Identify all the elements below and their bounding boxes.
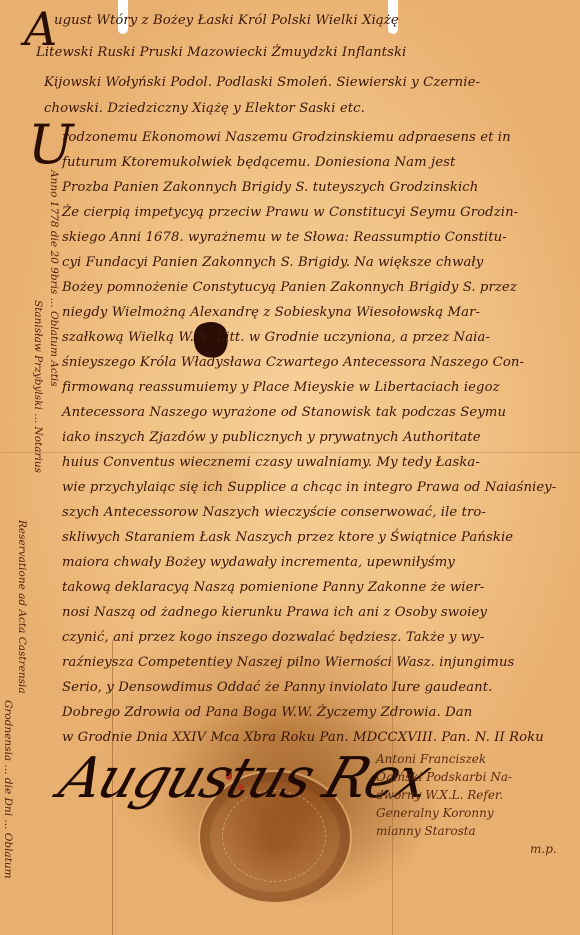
body-line: nosi Naszą od żadnego kierunku Prawa ich… <box>62 606 487 619</box>
countersignature-paraph: m.p. <box>530 842 557 856</box>
body-line: iako inszych Zjazdów y publicznych y pry… <box>62 431 481 444</box>
body-line: niegdy Wielmożną Alexandrę z Sobieskyna … <box>62 306 480 319</box>
countersignature-line: dworny W.X.L. Refer. <box>376 788 503 802</box>
body-line: wie przychylaiąc się ich Supplice a chcą… <box>62 481 556 494</box>
fold-line <box>0 452 580 453</box>
countersignature-line: mianny Starosta <box>376 824 476 838</box>
heading-line: ugust Wtóry z Bożey Łaski Król Polski Wi… <box>54 14 399 27</box>
body-line: futurum Ktoremukolwiek będącemu. Doniesi… <box>62 156 455 169</box>
body-line: rodzonemu Ekonomowi Naszemu Grodzinskiem… <box>62 131 511 144</box>
body-line: szałkową Wielką W. X. Litt. w Grodnie uc… <box>62 331 490 344</box>
margin-note: Reservatione ad Acta Castrensia <box>16 520 28 694</box>
margin-note: Stanisław Przybylski ... Notarius <box>32 300 44 473</box>
body-line: Że cierpią impetycyą przeciw Prawu w Con… <box>62 206 518 219</box>
body-line: Antecessora Naszego wyrażone od Stanowis… <box>62 406 506 419</box>
heading-line: Litewski Ruski Pruski Mazowiecki Żmuydzk… <box>36 46 406 59</box>
body-line: firmowaną reassumuiemy y Place Mieyskie … <box>62 381 500 394</box>
body-line: w Grodnie Dnia XXIV Mca Xbra Roku Pan. M… <box>62 731 544 744</box>
body-line: skliwych Staraniem Łask Naszych przez kt… <box>62 531 513 544</box>
body-line: czynić, ani przez kogo inszego dozwalać … <box>62 631 484 644</box>
margin-note: Anno 1778 die 20 9bris ... Oblatum Actis <box>48 170 60 387</box>
countersignature-line: Antoni Franciszek <box>376 752 486 766</box>
body-line: maiora chwały Bożey wydawały incrementa,… <box>62 556 455 569</box>
body-line: Serio, y Densowdimus Oddać że Panny invi… <box>62 681 492 694</box>
body-line: huius Conventus wiecznemi czasy uwalniam… <box>62 456 480 469</box>
heading-line: Kijowski Wołyński Podol. Podlaski Smoleń… <box>44 76 480 89</box>
heading-line: chowski. Dziedziczny Xiążę y Elektor Sas… <box>44 102 365 115</box>
body-line: Prozba Panien Zakonnych Brigidy S. tutey… <box>62 181 478 194</box>
body-line: Dobrego Zdrowia od Pana Boga W.W. Życzem… <box>62 706 472 719</box>
countersignature-line: Generalny Koronny <box>376 806 494 820</box>
countersignature-line: Ogiński Podskarbi Na- <box>376 770 512 784</box>
body-line: skiego Anni 1678. wyrażnemu w te Słowa: … <box>62 231 507 244</box>
body-line: raźnieysza Competentiey Naszej pilno Wie… <box>62 656 514 669</box>
body-line: takową deklaracyą Naszą pomienione Panny… <box>62 581 484 594</box>
margin-note: Grodnensia ... die Dni ... Oblatum <box>2 700 14 879</box>
body-line: Bożey pomnożenie Constytucyą Panien Zako… <box>62 281 517 294</box>
parchment-document: A ugust Wtóry z Bożey Łaski Król Polski … <box>0 0 580 935</box>
body-line: cyi Fundacyi Panien Zakonnych S. Brigidy… <box>62 256 483 269</box>
body-line: szych Antecessorow Naszych wieczyście co… <box>62 506 486 519</box>
body-line: śnieyszego Króla Władysława Czwartego An… <box>62 356 524 369</box>
